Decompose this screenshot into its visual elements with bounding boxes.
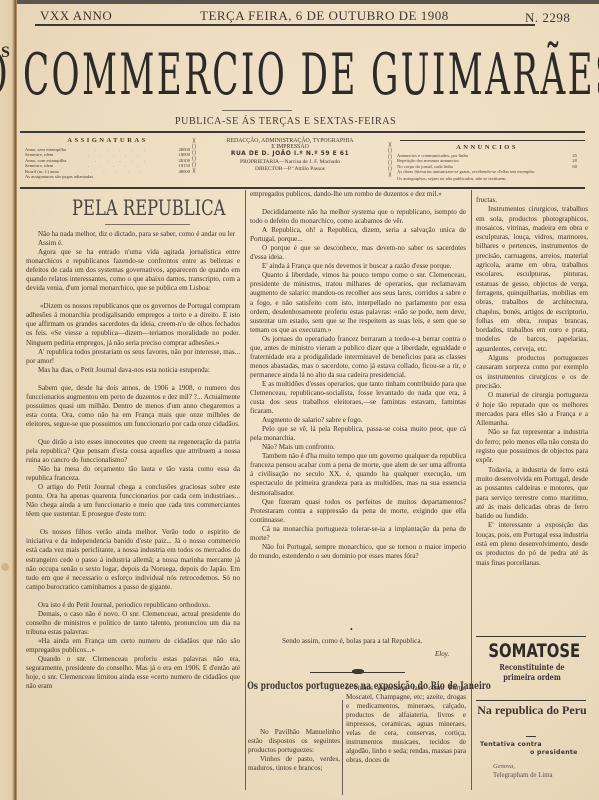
exhibition-column-right: e vinhos generosos, taes como Porto, Mos…	[346, 684, 466, 765]
paragraph: A' republica todos prestariam os seus fa…	[26, 348, 240, 366]
paragraph: E' ainda á França que nós devemos ir bus…	[250, 262, 466, 271]
paragraph: Os jornaes do operariado francez berrara…	[250, 335, 466, 380]
paragraph: O artigo do Petit Journal chega a conclu…	[26, 483, 240, 519]
title-dash	[526, 736, 536, 737]
article-title: PELA REPUBLICA	[72, 196, 269, 220]
previous-page-edge: S	[0, 0, 17, 800]
subscription-note: As assignaturas são pagas adiantadas.	[25, 174, 190, 179]
section-dot: •	[350, 625, 353, 634]
masthead: O COMMERCIO DE GUIMARÃES	[80, 46, 520, 106]
newspaper-page: VXX ANNO TERÇA FEIRA, 6 DE OUTUBRO DE 19…	[20, 0, 599, 800]
column-divider	[342, 700, 343, 795]
paragraph: Pelo que se vê, lá pela Republica, passa…	[250, 425, 466, 443]
article-title-rule	[105, 224, 190, 225]
office-director: DIRECTOR—P.º Attilio Passos	[200, 166, 380, 172]
paragraph: Mas ha dias, o Petit Journal dava-nos es…	[26, 366, 240, 375]
paragraph: Não? Mais um confronto.	[250, 443, 466, 452]
office-box: REDACÇÃO, ADMINISTRAÇÃO, TYPOGRAPHIA E I…	[200, 138, 380, 172]
office-address: RUA DE D. JOÃO I.º N.º 59 E 61	[200, 150, 380, 157]
ads-note: As obras litterarias annunciam-se gratis…	[397, 169, 577, 174]
subscriptions-box: ASSIGNATURAS Anno, sem estampilha. . . .…	[25, 137, 190, 179]
paragraph: Assim é.	[26, 239, 240, 248]
paragraph: Não se faz representar a industria do fe…	[476, 428, 588, 465]
somatose-ad-title: SOMATOSE	[476, 640, 588, 662]
issue-date: TERÇA FEIRA, 6 DE OUTUBRO DE 1908	[200, 8, 449, 24]
article-column-1: Não ha nada melhor, diz o dictado, para …	[26, 230, 240, 691]
paragraph: Quando o snr. Clemenceau proferiu estas …	[26, 655, 240, 691]
paragraph: fructas.	[476, 196, 588, 205]
paragraph: Que fizeram quasi todos os perfeitos de …	[250, 498, 466, 525]
exhibition-column-left: No Pavilhão Manuelinho estão dispostos o…	[248, 728, 340, 773]
title-underline	[222, 110, 292, 111]
paragraph: A Republica, oh! a Republica, dizem, ser…	[250, 226, 466, 244]
paragraph: Alguns productos portuguezes causaram su…	[476, 354, 588, 391]
peru-news-dateline: Genova,	[493, 763, 515, 770]
paragraph: E' interessante a exposição das louças, …	[476, 521, 588, 567]
ads-box: ANNUNCIOS Annuncios e communicados, por …	[397, 144, 577, 181]
paragraph: Tambem não é d'ha muito tempo que um gov…	[250, 452, 466, 497]
paragraph: Que dirão a isto esses innocentes que cr…	[26, 438, 240, 465]
quote-paragraph: Os nossos filhos verão ainda melhor. Ver…	[26, 528, 240, 591]
subscriptions-title: ASSIGNATURAS	[25, 137, 190, 144]
paragraph: E as multidões d'esses operarios, que ta…	[250, 380, 466, 416]
article-closing: Sendo assim, como é, bolas para a tal Re…	[282, 637, 422, 645]
paragraph: Vinhos de pasto, verdes, maduros, tintos…	[248, 755, 340, 773]
peru-news-text: Telegrapham de Lima	[493, 772, 553, 779]
paragraph: Não foi Portugal, sempre monarchico, que…	[250, 543, 466, 561]
peru-news-subtitle: Tentativa contra	[480, 741, 542, 748]
somatose-ad-subtitle: Reconstituinte de primeira ordem	[476, 663, 588, 682]
ornament	[352, 669, 364, 674]
ads-note: Os autographos, sejam ou não publicados,…	[397, 176, 577, 181]
paragraph: Instrumentos cirurgicos, trabalhos em so…	[476, 205, 588, 354]
info-top-rule	[20, 131, 585, 133]
paragraph: Cá na monarchia portugueza tolerar-se-ia…	[250, 525, 466, 543]
ads-title: ANNUNCIOS	[397, 144, 577, 151]
article-signature: Eloy.	[435, 650, 449, 658]
section-rule	[476, 636, 586, 637]
paragraph: Demais, o caso não é novo. O snr. Clemen…	[26, 610, 240, 637]
paragraph: Decididamente não ha melhor systema que …	[250, 208, 466, 226]
ads-top-rule	[400, 140, 585, 141]
info-bottom-rule	[20, 187, 585, 189]
peru-news-title: Na republica do Peru	[476, 704, 588, 717]
paragraph: Não ha mesa do orçamento tão lauta e tão…	[26, 465, 240, 483]
exhibition-continued-column: fructas. Instrumentos cirurgicos, trabal…	[476, 196, 588, 568]
volume-label: VXX ANNO	[40, 8, 112, 24]
exhibition-title: Os productos portuguezes na exposição do…	[248, 680, 340, 692]
paragraph: O material de cirurgia portugueza é hoje…	[476, 391, 588, 428]
paragraph: Sabem que, desde ha dois annos, de 1906 …	[26, 384, 240, 429]
paragraph: Ora isto é do Petit Journal, periodico r…	[26, 601, 240, 610]
paragraph: e vinhos generosos, taes como Porto, Mos…	[346, 684, 466, 765]
peru-news-subtitle: o presidente	[530, 749, 578, 756]
paragraph: Todavia, a industria de ferro está muito…	[476, 466, 588, 522]
paragraph: «Ha ainda em França um certo numero de c…	[26, 637, 240, 655]
paragraph: empregados publicos, dando-lhe um rombo …	[250, 190, 466, 199]
publication-schedule: PUBLICA-SE ÁS TERÇAS E SEXTAS-FEIRAS	[175, 116, 396, 127]
article-column-2: empregados publicos, dando-lhe um rombo …	[250, 190, 466, 561]
office-owner: PROPRIETARIA—Narcisa de J. F. Machado	[200, 159, 380, 165]
ornament-divider: )(()()()())(	[192, 138, 196, 174]
section-rule	[476, 700, 586, 701]
paragraph: No Pavilhão Manuelinho estão dispostos o…	[248, 728, 340, 755]
quote-paragraph: «Dizem os nossos republicanos que os gov…	[26, 302, 240, 347]
header-rule	[35, 24, 535, 26]
ornament-divider: )(()()()())(	[388, 142, 392, 178]
column-divider	[245, 190, 246, 790]
paper-stain	[1, 563, 9, 571]
paragraph: Quanto á liberdade, vimos ha pouco tempo…	[250, 271, 466, 334]
paragraph: Augmento de salario? sabre e fogo.	[250, 416, 466, 425]
paragraph: Não ha nada melhor, diz o dictado, para …	[26, 230, 240, 239]
paragraph: O porque é que se desconhece, mas devem-…	[250, 244, 466, 262]
newspaper-title: O COMMERCIO DE GUIMARÃES	[0, 46, 599, 104]
paragraph: Agora que se ha entrado n'uma vida agita…	[26, 248, 240, 293]
column-divider	[471, 190, 472, 790]
